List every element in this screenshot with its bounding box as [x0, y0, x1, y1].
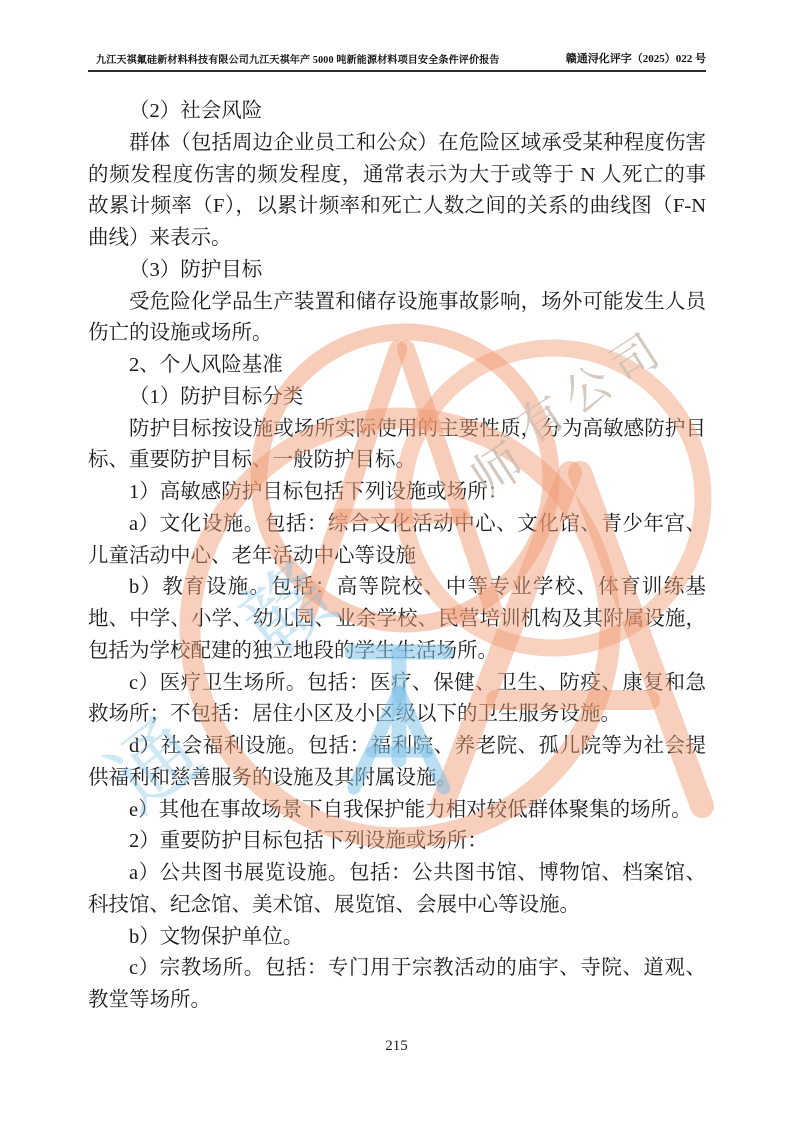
paragraph: b）文物保护单位。 — [88, 922, 706, 954]
paragraph: 受危险化学品生产装置和储存设施事故影响，场外可能发生人员伤亡的设施或场所。 — [88, 287, 706, 351]
paragraph: b）教育设施。包括：高等院校、中等专业学校、体育训练基地、中学、小学、幼儿园、业… — [88, 572, 706, 667]
paragraph: 2、个人风险基准 — [88, 350, 706, 382]
paragraph: a）公共图书展览设施。包括：公共图书馆、博物馆、档案馆、科技馆、纪念馆、美术馆、… — [88, 858, 706, 922]
paragraph: 1）高敏感防护目标包括下列设施或场所： — [88, 477, 706, 509]
paragraph: e）其他在事故场景下自我保护能力相对较低群体聚集的场所。 — [88, 795, 706, 827]
paragraph: （3）防护目标 — [88, 255, 706, 287]
paragraph: 2）重要防护目标包括下列设施或场所： — [88, 826, 706, 858]
paragraph: d）社会福利设施。包括：福利院、养老院、孤儿院等为社会提供福利和慈善服务的设施及… — [88, 731, 706, 795]
paragraph: c）宗教场所。包括：专门用于宗教活动的庙宇、寺院、道观、教堂等场所。 — [88, 953, 706, 1017]
page-number: 215 — [385, 1038, 408, 1054]
page-header: 九江天祺氟硅新材料科技有限公司九江天祺年产 5000 吨新能源材料项目安全条件评… — [88, 50, 706, 72]
report-title: 九江天祺氟硅新材料科技有限公司九江天祺年产 5000 吨新能源材料项目安全条件评… — [88, 51, 500, 66]
paragraph: c）医疗卫生场所。包括：医疗、保健、卫生、防疫、康复和急救场所；不包括：居住小区… — [88, 668, 706, 732]
paragraph: a）文化设施。包括：综合文化活动中心、文化馆、青少年宫、儿童活动中心、老年活动中… — [88, 509, 706, 573]
paragraph: （1）防护目标分类 — [88, 382, 706, 414]
paragraph: （2）社会风险 — [88, 96, 706, 128]
page-footer: 215 — [0, 1038, 793, 1055]
body-text: （2）社会风险 群体（包括周边企业员工和公众）在危险区域承受某种程度伤害的频发程… — [88, 96, 706, 1017]
paragraph: 群体（包括周边企业员工和公众）在危险区域承受某种程度伤害的频发程度伤害的频发程度… — [88, 128, 706, 255]
document-number: 赣通浔化评字（2025）022 号 — [566, 50, 706, 66]
document-page: 九江天祺氟硅新材料科技有限公司九江天祺年产 5000 吨新能源材料项目安全条件评… — [0, 0, 793, 1122]
paragraph: 防护目标按设施或场所实际使用的主要性质，分为高敏感防护目标、重要防护目标、一般防… — [88, 414, 706, 478]
